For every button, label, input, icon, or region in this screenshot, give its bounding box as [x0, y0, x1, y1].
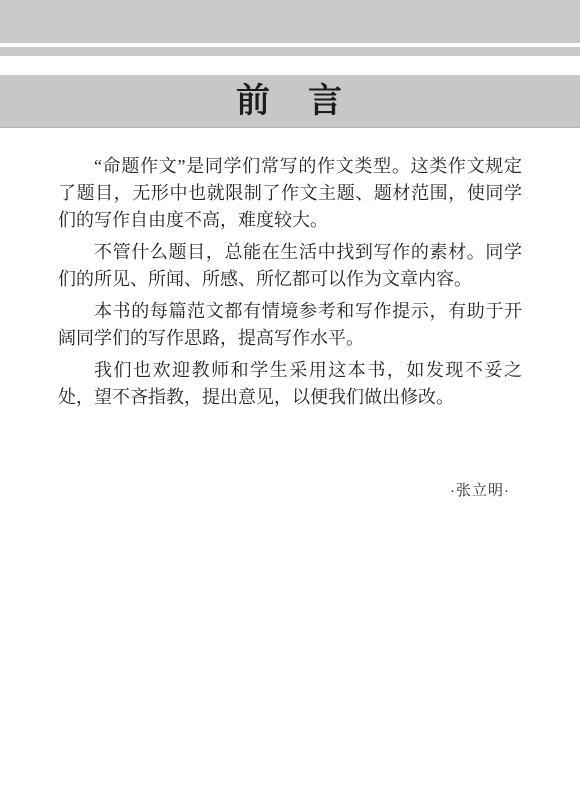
page-title: 前 言: [236, 84, 344, 118]
preface-paragraph-4: 我们也欢迎教师和学生采用这本书，如发现不妥之处，望不吝指教，提出意见，以便我们做…: [58, 357, 522, 411]
author-signature: ·张立明·: [450, 483, 510, 498]
title-banner: 前 言: [0, 75, 580, 128]
preface-paragraph-2: 不管什么题目，总能在生活中找到写作的素材。同学们的所见、所闻、所感、所忆都可以作…: [58, 239, 522, 293]
top-decorative-band: [0, 0, 580, 43]
preface-body: “命题作文”是同学们常写的作文类型。这类作文规定了题目，无形中也就限制了作文主题…: [58, 153, 522, 416]
thin-decorative-band: [0, 47, 580, 56]
preface-paragraph-1: “命题作文”是同学们常写的作文类型。这类作文规定了题目，无形中也就限制了作文主题…: [58, 153, 522, 234]
preface-paragraph-3: 本书的每篇范文都有情境参考和写作提示，有助于开阔同学们的写作思路，提高写作水平。: [58, 298, 522, 352]
